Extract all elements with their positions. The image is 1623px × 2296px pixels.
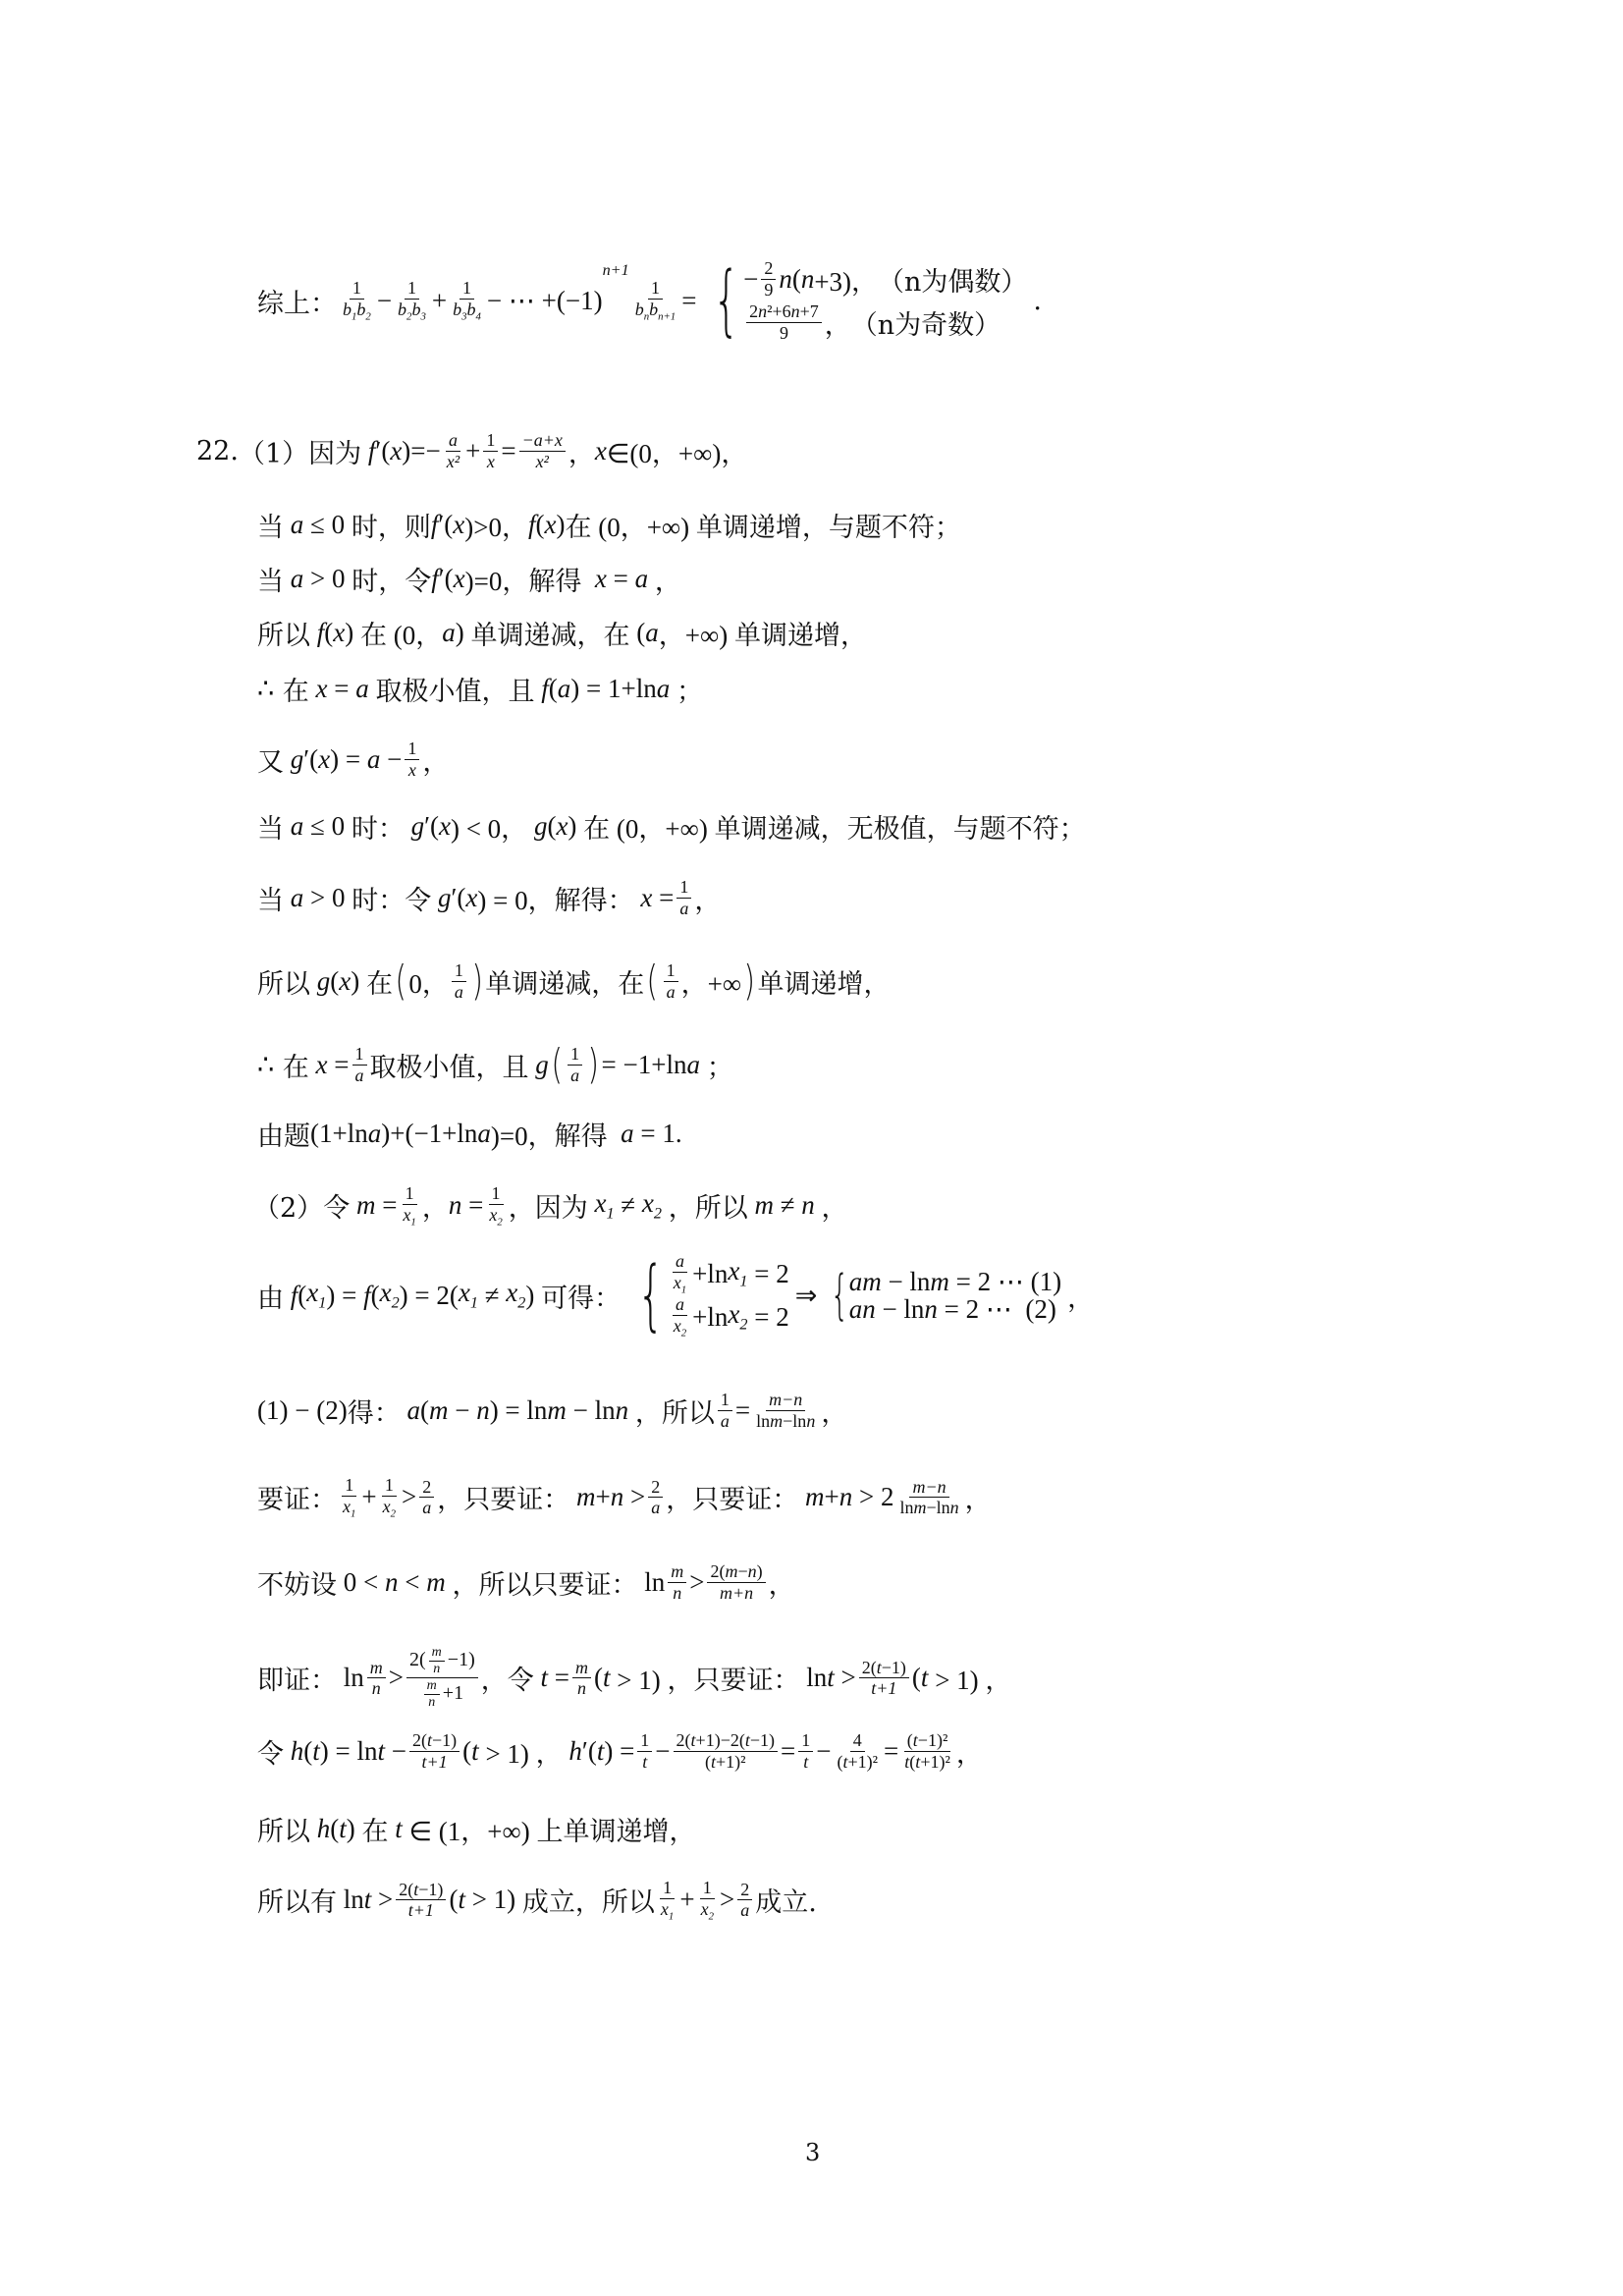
p22-part2-line-8: 所以 h(t) 在 t ∈ (1，+∞) 上单调递增， xyxy=(257,1810,696,1848)
summary-prefix: 综上： xyxy=(257,282,337,320)
piecewise-result: { −29n(n+3)，（n为偶数） 2n²+6n+79，（n为奇数） xyxy=(702,257,1027,344)
p22-part2-line-3: (1) − (2)得： a(m − n) = lnm − lnn ， 所以 1a… xyxy=(257,1390,847,1431)
p22-line-5: ∴ 在 x = a 取极小值，且 f(a) = 1+lna ； xyxy=(257,670,703,708)
p22-line-11: 由题(1+lna)+(−1+lna)=0， 解得 a = 1. xyxy=(257,1115,682,1153)
part2-label: （2） xyxy=(253,1186,323,1225)
p22-line-1: 22. （1） 因为 f′(x)=− ax²+ 1x= −a+xx²，x∈(0，… xyxy=(196,430,747,471)
p22-line-8: 当 a > 0 时：令 g′(x) = 0，解得： x = 1a， xyxy=(257,877,721,918)
part1-label: （1） xyxy=(239,432,308,470)
p22-part2-line-6: 即证： ln mn> 2(mn−1)mn+1， 令 t = mn(t > 1) … xyxy=(257,1645,1011,1711)
p22-line-2: 当 a ≤ 0 时，则 f′(x)>0，f(x)在 (0，+∞) 单调递增，与题… xyxy=(257,506,961,544)
p22-line-9: 所以 g(x) 在 (0，1a) 单调递减，在 (1a，+∞) 单调递增， xyxy=(257,960,891,1002)
case-odd-label: （n为奇数） xyxy=(851,303,1001,342)
p22-part2-line-7: 令 h(t) = lnt − 2(t−1)t+1(t > 1) ， h′(t) … xyxy=(257,1730,983,1772)
p22-part2-line-5: 不妨设 0 < n < m ， 所以只要证： ln mn> 2(m−n)m+n， xyxy=(257,1561,795,1603)
summary-formula: 综上： 1b1b2 − 1b2b3 + 1b3b4 − ⋯ +(−1)n+1 1… xyxy=(257,257,1042,344)
p22-part2-line-1: （2） 令 m = 1x1，n = 1x2， 因为 x1 ≠ x2 ， 所以 m… xyxy=(253,1183,848,1229)
equation-system-1: { ax1+lnx1 = 2 ax2+lnx2 = 2 xyxy=(626,1252,789,1339)
problem-number: 22. xyxy=(196,436,239,466)
p22-line-10: ∴ 在 x = 1a取极小值，且 g(1a) = −1+lna ； xyxy=(257,1044,733,1085)
case-even-label: （n为偶数） xyxy=(878,260,1027,299)
p22-line-3: 当 a > 0 时，令 f′(x)=0，解得 x = a ， xyxy=(257,560,681,598)
p22-line-7: 当 a ≤ 0 时： g′(x) < 0， g(x) 在 (0，+∞) 单调递减… xyxy=(257,807,1086,846)
p22-part2-line-2: 由 f(x1) = f(x2) = 2(x1 ≠ x2) 可得： { ax1+l… xyxy=(257,1252,1094,1339)
p22-part2-line-9: 所以有 lnt > 2(t−1)t+1(t > 1) 成立，所以 1x1+ 1x… xyxy=(257,1878,817,1923)
p22-part2-line-4: 要证： 1x1+ 1x2> 2a， 只要证： m+n > 2a， 只要证： m+… xyxy=(257,1475,992,1520)
p22-line-6: 又 g′(x) = a − 1x， xyxy=(257,738,449,780)
equation-system-2: { am − lnm = 2 ⋯ (1) an − lnn = 2 ⋯ (2) xyxy=(823,1268,1061,1323)
p22-line-4: 所以 f(x) 在 (0，a) 单调递减，在 (a，+∞) 单调递增， xyxy=(257,614,867,652)
page-number: 3 xyxy=(805,2139,820,2166)
